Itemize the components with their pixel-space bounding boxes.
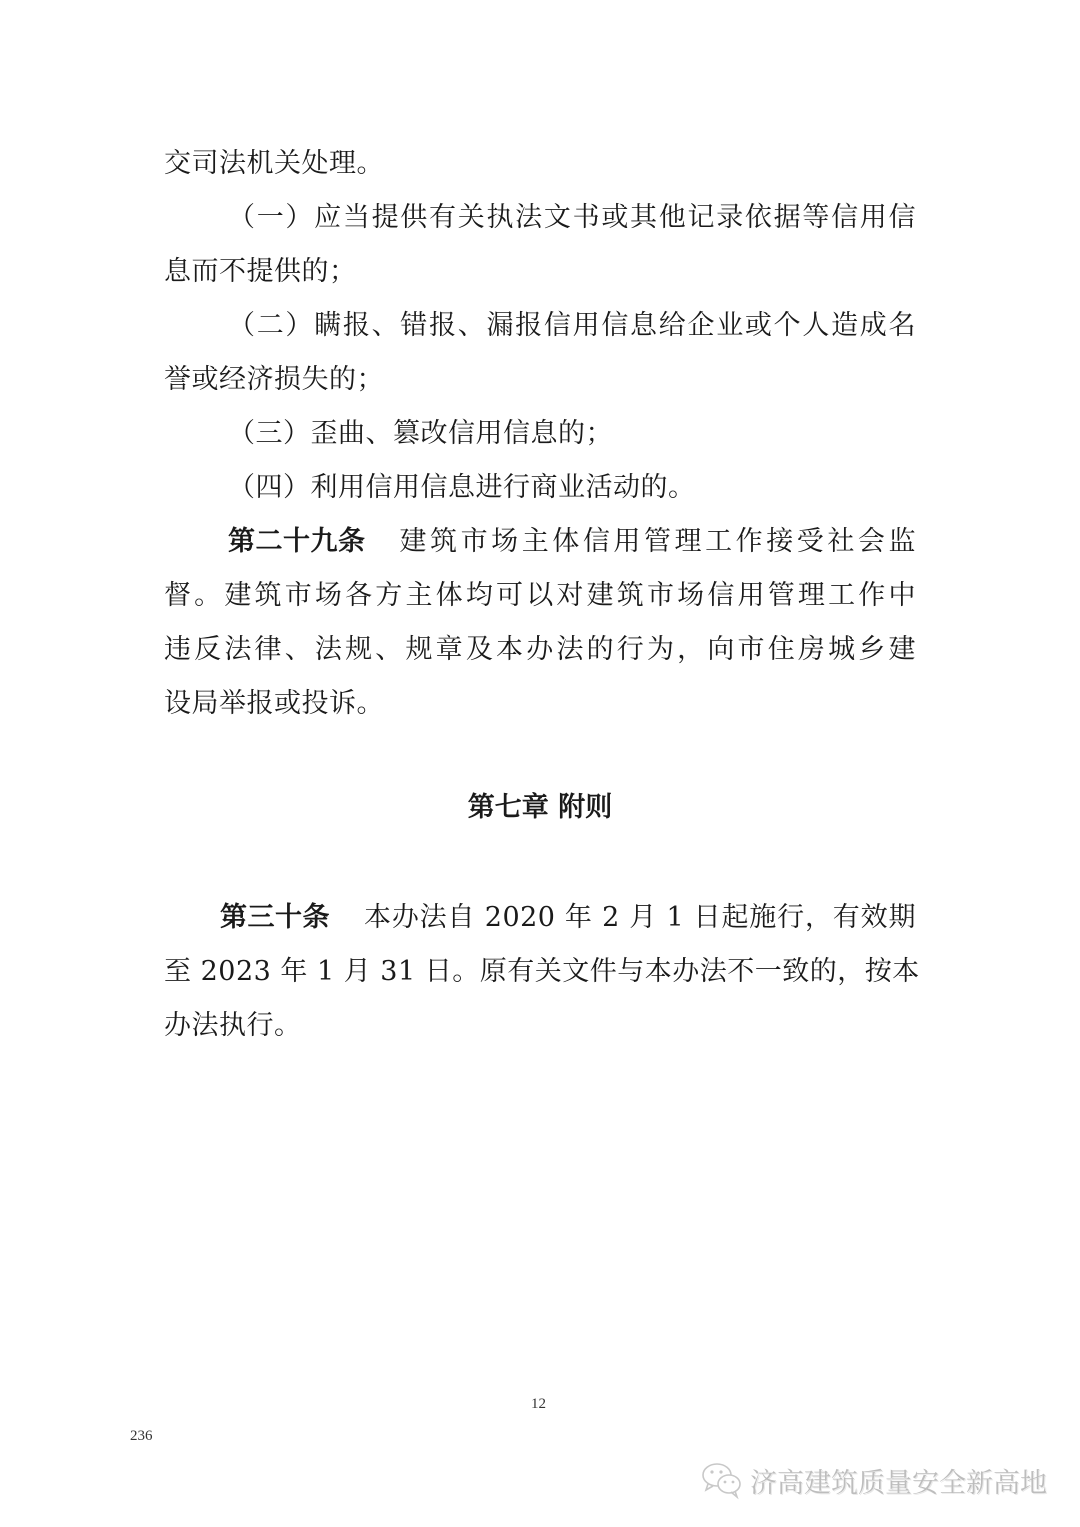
- article-29-heading: 第二十九条: [228, 524, 366, 560]
- text-line: 交司法机关处理。: [164, 146, 916, 182]
- article-29-line-3: 违反法律、法规、规章及本办法的行为，向市住房城乡建: [164, 632, 916, 668]
- chapter-title: 第七章 附则: [0, 790, 1080, 826]
- article-29-first-line: 第二十九条 建筑市场主体信用管理工作接受社会监: [228, 524, 916, 560]
- watermark: 济高建筑质量安全新高地: [700, 1460, 1047, 1500]
- page-number: 12: [531, 1396, 546, 1413]
- article-30-heading: 第三十条: [220, 900, 330, 936]
- article-29-line-4: 设局举报或投诉。: [164, 686, 916, 722]
- list-item-1-cont: 息而不提供的；: [164, 254, 916, 290]
- article-29-line-2: 督。建筑市场各方主体均可以对建筑市场信用管理工作中: [164, 578, 916, 614]
- list-item-4: （四）利用信用信息进行商业活动的。: [228, 470, 916, 506]
- scan-page-number: 236: [130, 1428, 153, 1445]
- wechat-icon: [700, 1460, 744, 1500]
- list-item-3: （三）歪曲、篡改信用信息的；: [228, 416, 916, 452]
- article-29-text: 建筑市场主体信用管理工作接受社会监: [400, 524, 917, 560]
- article-30-line-3: 办法执行。: [164, 1008, 916, 1044]
- article-30-text: 本办法自 2020 年 2 月 1 日起施行，有效期: [364, 900, 916, 936]
- watermark-text: 济高建筑质量安全新高地: [750, 1461, 1047, 1500]
- article-30-first-line: 第三十条 本办法自 2020 年 2 月 1 日起施行，有效期: [220, 900, 916, 936]
- list-item-2: （二）瞒报、错报、漏报信用信息给企业或个人造成名: [228, 308, 916, 344]
- list-item-2-cont: 誉或经济损失的；: [164, 362, 916, 398]
- list-item-1: （一）应当提供有关执法文书或其他记录依据等信用信: [228, 200, 916, 236]
- article-30-line-2: 至 2023 年 1 月 31 日。原有关文件与本办法不一致的，按本: [164, 954, 916, 990]
- document-page: 交司法机关处理。 （一）应当提供有关执法文书或其他记录依据等信用信 息而不提供的…: [0, 0, 1080, 1527]
